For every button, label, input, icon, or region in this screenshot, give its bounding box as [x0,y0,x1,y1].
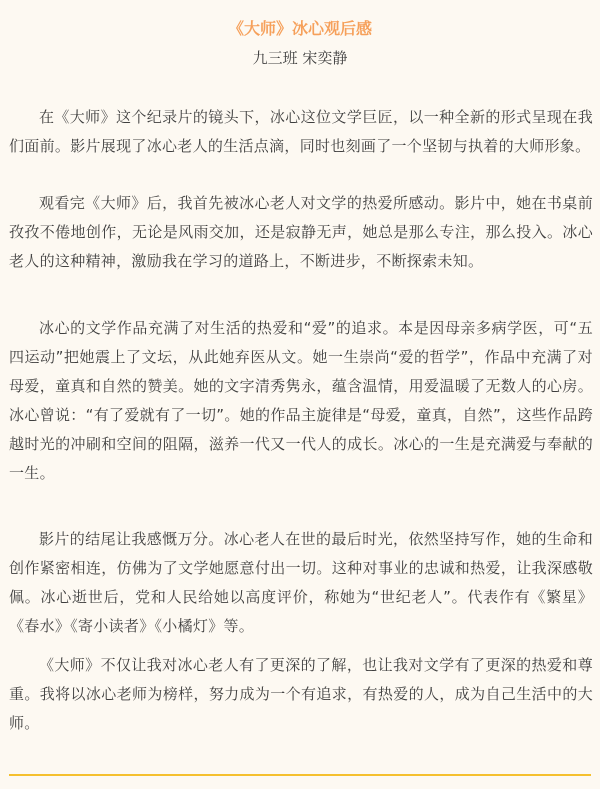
article: 《大师》冰心观后感 九三班 宋奕静 在《大师》这个纪录片的镜头下，冰心这位文学巨… [0,0,600,789]
paragraph-2: 观看完《大师》后，我首先被冰心老人对文学的热爱所感动。影片中，她在书桌前孜孜不倦… [9,189,593,276]
paragraph-1: 在《大师》这个纪录片的镜头下，冰心这位文学巨匠，以一种全新的形式呈现在我们面前。… [9,103,593,161]
bottom-divider [9,774,591,776]
paragraph-5: 《大师》不仅让我对冰心老人有了更深的了解，也让我对文学有了更深的热爱和尊重。我将… [9,651,593,738]
article-title: 《大师》冰心观后感 [0,18,600,40]
paragraph-3: 冰心的文学作品充满了对生活的热爱和“爱”的追求。本是因母亲多病学医，可“五四运动… [9,314,593,488]
paragraph-4: 影片的结尾让我感慨万分。冰心老人在世的最后时光，依然坚持写作，她的生命和创作紧密… [9,525,593,641]
article-author: 九三班 宋奕静 [0,47,600,69]
